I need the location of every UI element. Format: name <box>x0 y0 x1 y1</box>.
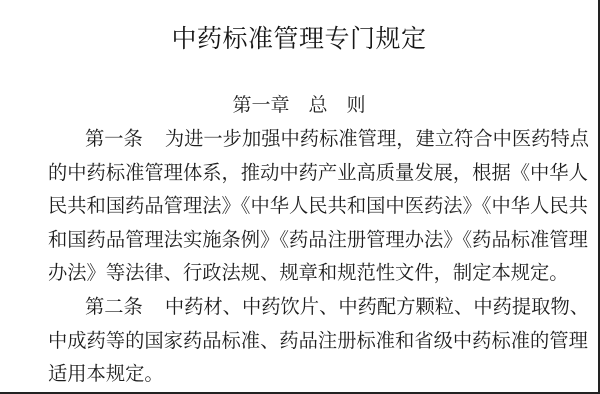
document-body: 第一条为进一步加强中药标准管理，建立符合中医药特点 的中药标准管理体系，推动中药… <box>48 122 564 391</box>
article-2: 第二条中药材、中药饮片、中药配方颗粒、中药提取物、 中成药等的国家药品标准、药品… <box>48 290 564 391</box>
article-line: 和国药品管理法实施条例》《药品注册管理办法》《药品标准管理 <box>48 223 564 257</box>
article-line: 办法》等法律、行政法规、规章和规范性文件，制定本规定。 <box>48 256 564 290</box>
article-line: 中成药等的国家药品标准、药品注册标准和省级中药标准的管理 <box>48 324 564 358</box>
article-line: 第二条中药材、中药饮片、中药配方颗粒、中药提取物、 <box>48 290 564 324</box>
chapter-name-part2: 则 <box>347 94 366 116</box>
article-line: 适用本规定。 <box>48 357 564 391</box>
article-label: 第二条 <box>85 295 143 318</box>
article-text: 中药材、中药饮片、中药配方颗粒、中药提取物、 <box>165 295 589 318</box>
article-label: 第一条 <box>85 127 143 150</box>
article-line: 民共和国药品管理法》《中华人民共和国中医药法》《中华人民共 <box>48 189 564 223</box>
chapter-heading: 第一章总则 <box>0 90 598 120</box>
document-page: 中药标准管理专门规定 第一章总则 第一条为进一步加强中药标准管理，建立符合中医药… <box>0 0 600 394</box>
chapter-number: 第一章 <box>232 94 289 116</box>
article-text: 为进一步加强中药标准管理，建立符合中医药特点 <box>165 127 589 150</box>
document-title: 中药标准管理专门规定 <box>0 22 598 56</box>
article-1: 第一条为进一步加强中药标准管理，建立符合中医药特点 的中药标准管理体系，推动中药… <box>48 122 564 290</box>
article-line: 第一条为进一步加强中药标准管理，建立符合中医药特点 <box>48 122 564 156</box>
chapter-name-part1: 总 <box>308 94 327 116</box>
article-line: 的中药标准管理体系，推动中药产业高质量发展，根据《中华人 <box>48 156 564 190</box>
